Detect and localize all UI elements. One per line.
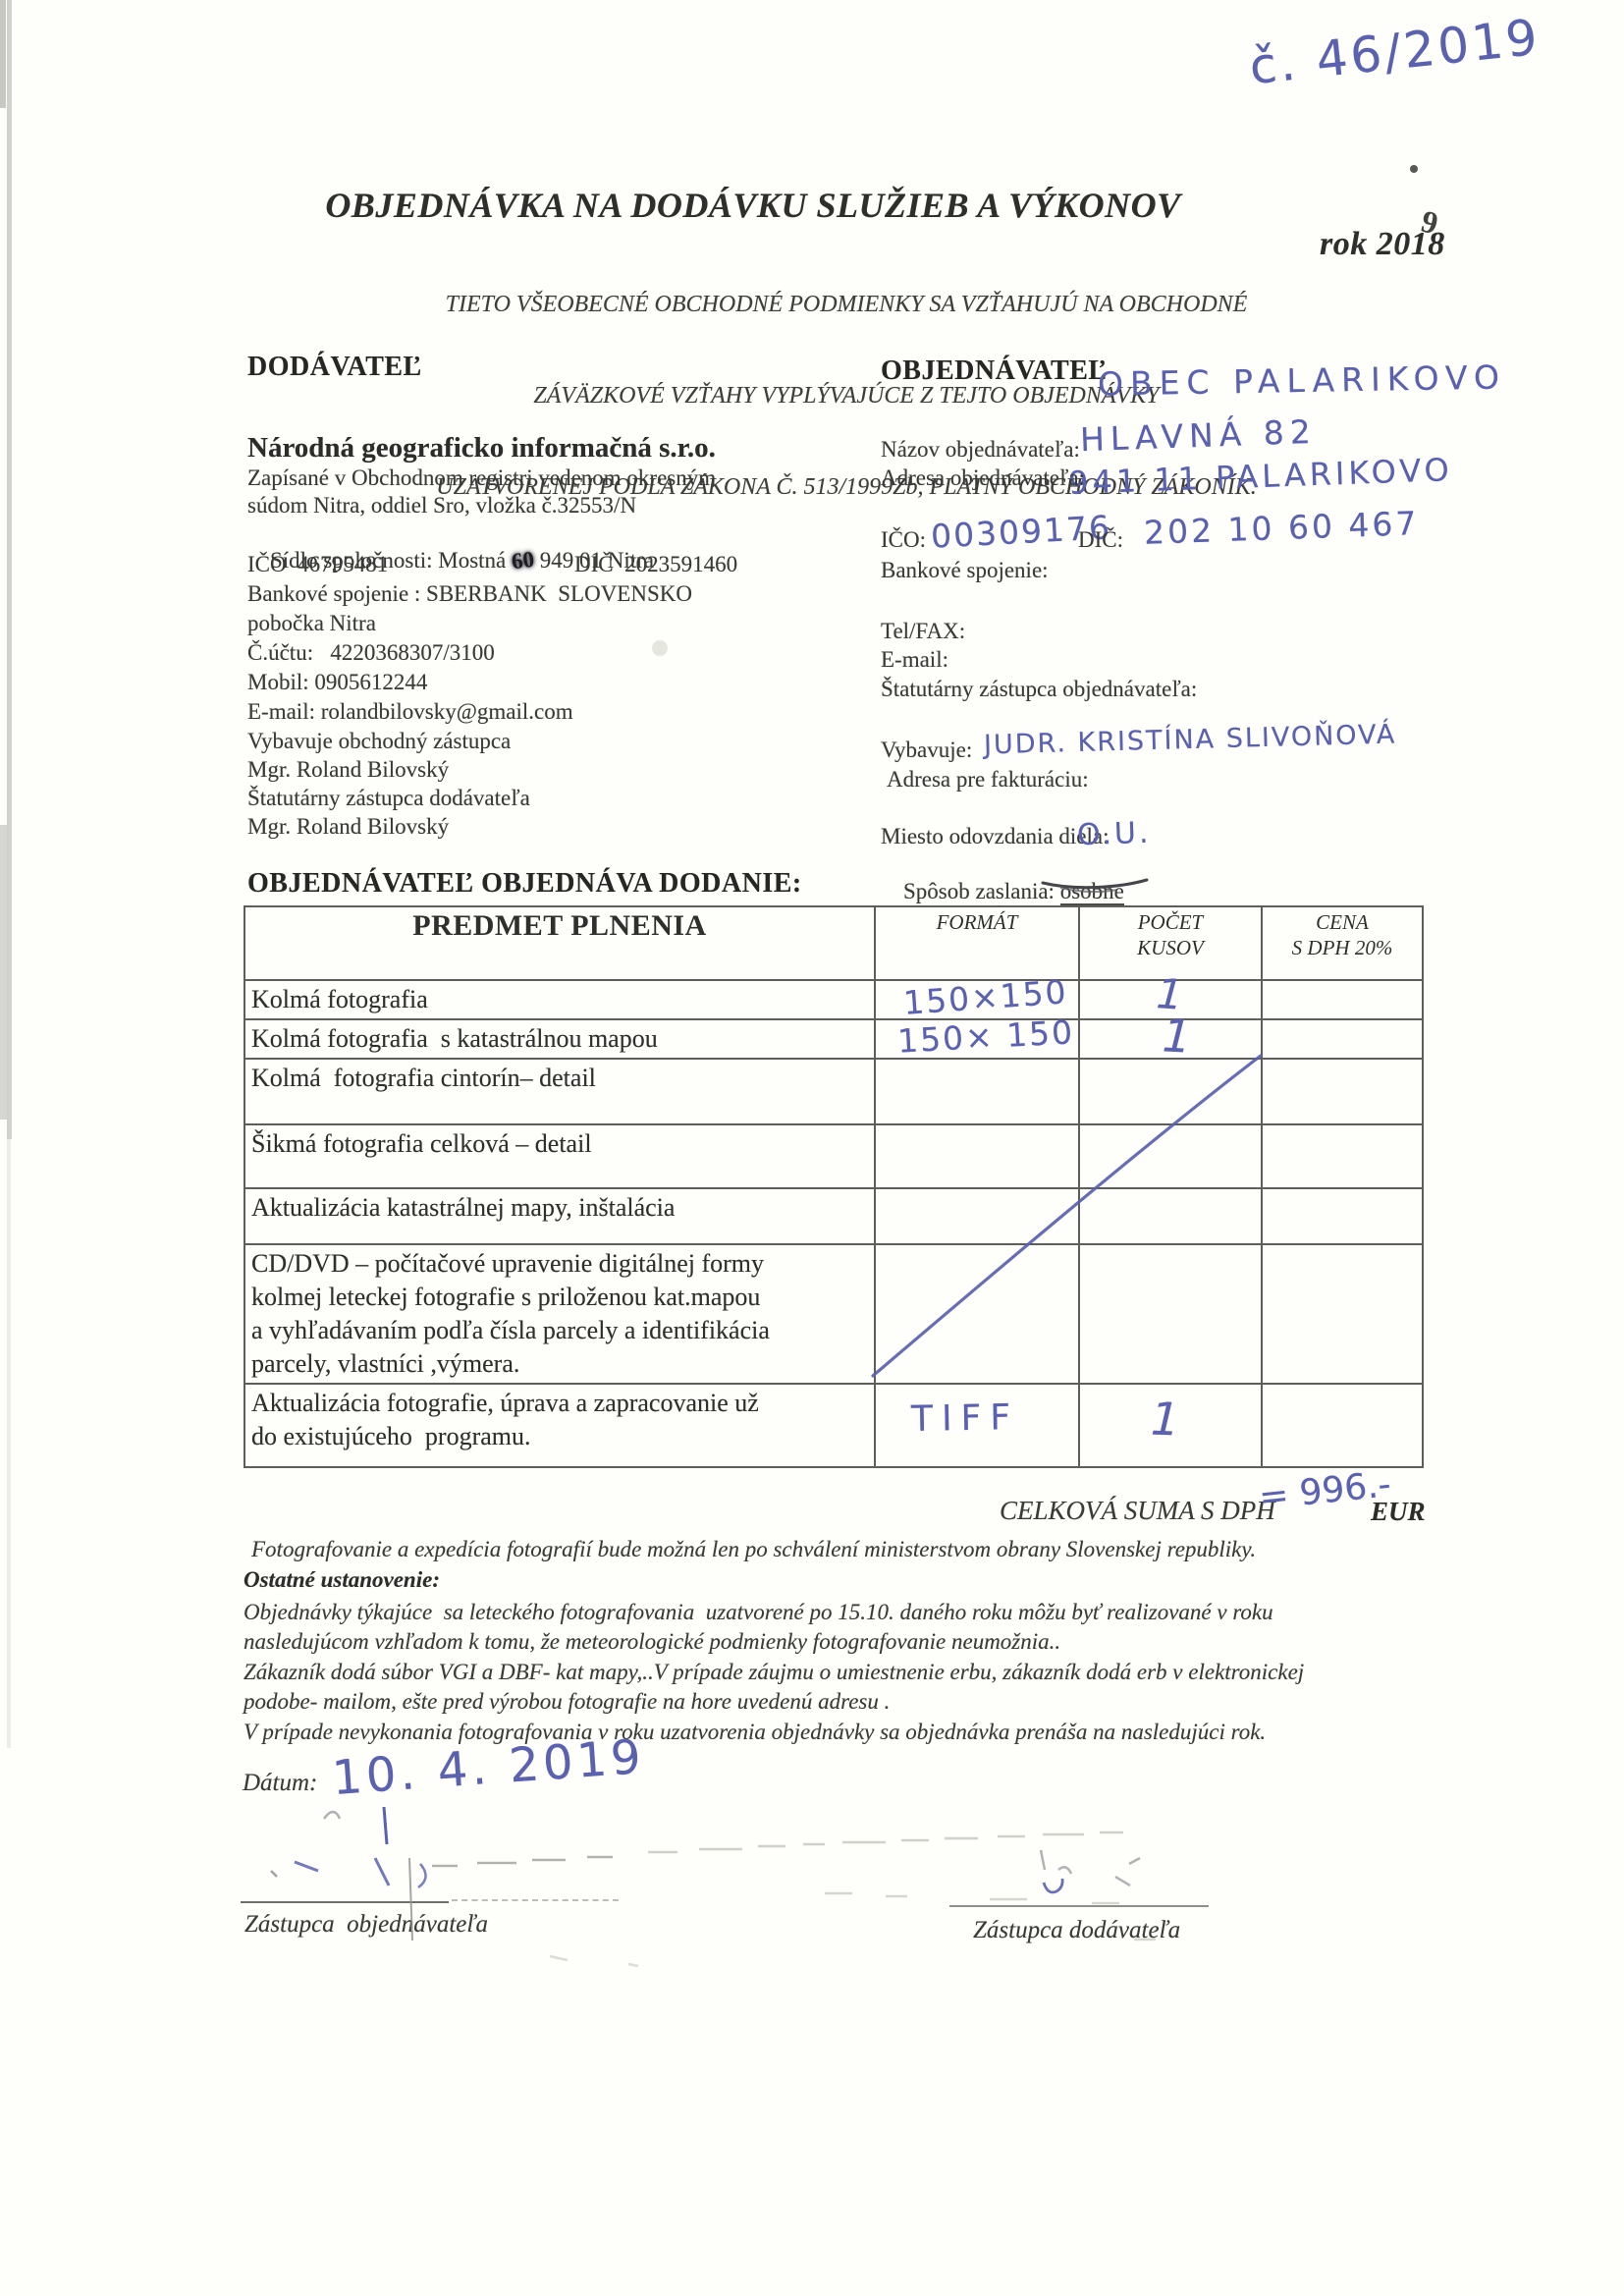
- supplier-seat-number-smudged: 60: [511, 547, 536, 575]
- table-row: Aktualizácia katastrálnej mapy, inštalác…: [244, 1188, 1423, 1244]
- signature-scribble: [271, 1871, 277, 1877]
- col-header-count-line1: POČET: [1086, 909, 1255, 935]
- row-price-cell: [1262, 980, 1423, 1019]
- signature-scribble-blue: [418, 1864, 426, 1887]
- table-row: Kolmá fotografia s katastrálnou mapou: [244, 1019, 1423, 1059]
- row-count-cell: [1079, 1188, 1262, 1244]
- row-subject: CD/DVD – počítačové upravenie digitálnej…: [244, 1244, 875, 1384]
- supplier-branch: pobočka Nitra: [247, 611, 376, 636]
- signature-scribble: [324, 1812, 340, 1819]
- total-currency: EUR: [1371, 1497, 1426, 1527]
- customer-heading: OBJEDNÁVATEĽ: [881, 355, 1108, 387]
- customer-delivery-place-handwriting: O.U.: [1076, 816, 1152, 853]
- col-header-price-line2: S DPH 20%: [1269, 935, 1416, 960]
- count-handwriting-row7: 1: [1150, 1393, 1180, 1447]
- supplier-heading: DODÁVATEĽ: [247, 352, 422, 383]
- terms-line-approval: Fotografovanie a expedícia fotografií bu…: [251, 1537, 1256, 1562]
- supplier-registry-2: súdom Nitra, oddiel Sro, vložka č.32553/…: [247, 493, 636, 519]
- subtitle-line: TIETO VŠEOBECNÉ OBCHODNÉ PODMIENKY SA VZ…: [34, 290, 1624, 320]
- terms-line: Objednávky týkajúce sa leteckého fotogra…: [244, 1600, 1273, 1625]
- table-row: CD/DVD – počítačové upravenie digitálnej…: [244, 1244, 1423, 1384]
- table-row: Šikmá fotografia celková – detail: [244, 1124, 1423, 1188]
- scan-edge-artifact: [7, 0, 12, 1139]
- customer-name-label: Názov objednávateľa:: [881, 437, 1080, 463]
- col-header-subject: PREDMET PLNENIA: [244, 906, 875, 980]
- row-count-cell: [1079, 1059, 1262, 1124]
- signature-line-supplier: [949, 1905, 1209, 1907]
- supplier-registry-1: Zapísané v Obchodnom registri vedenom ok…: [247, 465, 716, 491]
- row-format-cell: [875, 1188, 1079, 1244]
- col-header-price-line1: CENA: [1269, 909, 1416, 935]
- customer-delivery-place-label: Miesto odovzdania diela:: [881, 824, 1110, 849]
- terms-line: nasledujúcom vzhľadom k tomu, že meteoro…: [244, 1629, 1060, 1655]
- count-handwriting-row2: 1: [1162, 1009, 1193, 1063]
- supplier-dic: DIČ 2023591460: [574, 552, 737, 577]
- customer-handler-handwriting: JUDR. KRISTÍNA SLIVOŇOVÁ: [984, 720, 1397, 761]
- col-header-count: POČET KUSOV: [1079, 906, 1262, 980]
- terms-line: Zákazník dodá súbor VGI a DBF- kat mapy,…: [244, 1660, 1304, 1685]
- row-subject: Kolmá fotografia: [244, 980, 875, 1019]
- supplier-email: E-mail: rolandbilovsky@gmail.com: [247, 699, 573, 725]
- signature-scribble-blue: [375, 1858, 389, 1886]
- scan-edge-artifact: [7, 1139, 11, 1748]
- scan-dot-artifact: [652, 640, 668, 656]
- col-header-format: FORMÁT: [875, 906, 1079, 980]
- signature-line-customer: [241, 1901, 449, 1903]
- customer-address-label: Adresa objednávateľa:: [881, 465, 1085, 491]
- scan-edge-artifact: [0, 0, 6, 108]
- supplier-account: Č.účtu: 4220368307/3100: [247, 640, 495, 666]
- signature-line-customer-ext: [452, 1899, 619, 1901]
- customer-delivery-method-label: Spôsob zaslania:: [903, 879, 1060, 903]
- supplier-statutory-name: Mgr. Roland Bilovský: [247, 814, 449, 840]
- customer-delivery-method-value: osobne: [1060, 879, 1124, 905]
- total-label: CELKOVÁ SUMA S DPH: [1000, 1496, 1275, 1526]
- customer-email-label: E-mail:: [881, 647, 948, 673]
- row-price-cell: [1262, 1019, 1423, 1059]
- terms-other-heading: Ostatné ustanovenie:: [244, 1567, 440, 1593]
- table-header-row: PREDMET PLNENIA FORMÁT POČET KUSOV CENA …: [244, 906, 1423, 980]
- terms-line: podobe- mailom, ešte pred výrobou fotogr…: [244, 1689, 890, 1715]
- supplier-statutory-label: Štatutárny zástupca dodávateľa: [247, 786, 530, 811]
- row-subject: Kolmá fotografia cintorín– detail: [244, 1059, 875, 1124]
- customer-name-handwriting: OBEC PALARIKOVO: [1098, 357, 1507, 403]
- ghost-text-marks: [550, 1956, 638, 1966]
- customer-dic-label: DIČ:: [1078, 527, 1123, 553]
- date-label: Dátum:: [243, 1770, 317, 1797]
- col-header-count-line2: KUSOV: [1086, 935, 1255, 960]
- row-price-cell: [1262, 1384, 1423, 1467]
- row-price-cell: [1262, 1188, 1423, 1244]
- signature-scribble-blue: [384, 1807, 387, 1844]
- customer-telfax-label: Tel/FAX:: [881, 619, 965, 644]
- supplier-ico: IČO 46795481: [247, 552, 388, 577]
- signature-scribble-blue: [295, 1862, 318, 1871]
- signature-scribble: [1041, 1850, 1045, 1870]
- table-row: Aktualizácia fotografie, úprava a zaprac…: [244, 1384, 1423, 1467]
- row-format-cell: [875, 1124, 1079, 1188]
- signature-scribble: [1115, 1858, 1140, 1886]
- supplier-bank: Bankové spojenie : SBERBANK SLOVENSKO: [247, 581, 692, 607]
- order-items-table: PREDMET PLNENIA FORMÁT POČET KUSOV CENA …: [244, 905, 1424, 1468]
- customer-invoice-address-label: Adresa pre fakturáciu:: [887, 767, 1089, 793]
- signature-scribble: [1058, 1867, 1071, 1874]
- scan-dot-artifact: [1410, 165, 1418, 173]
- row-price-cell: [1262, 1124, 1423, 1188]
- customer-handles-label: Vybavuje:: [881, 738, 972, 763]
- customer-statutory-label: Štatutárny zástupca objednávateľa:: [881, 677, 1197, 702]
- customer-bank-label: Bankové spojenie:: [881, 558, 1049, 583]
- row-format-cell: [875, 1244, 1079, 1384]
- signature-label-customer: Zástupca objednávateľa: [244, 1911, 488, 1939]
- row-subject: Kolmá fotografia s katastrálnou mapou: [244, 1019, 875, 1059]
- row-price-cell: [1262, 1059, 1423, 1124]
- customer-ico-label: IČO:: [881, 527, 926, 553]
- format-handwriting-row7: TIFF: [911, 1397, 1020, 1440]
- order-heading: OBJEDNÁVATEĽ OBJEDNÁVA DODANIE:: [247, 868, 802, 900]
- row-format-cell: [875, 1059, 1079, 1124]
- row-subject: Aktualizácia fotografie, úprava a zaprac…: [244, 1384, 875, 1467]
- row-count-cell: [1079, 1124, 1262, 1188]
- row-subject: Šikmá fotografia celková – detail: [244, 1124, 875, 1188]
- row-subject: Aktualizácia katastrálnej mapy, inštalác…: [244, 1188, 875, 1244]
- signature-label-supplier: Zástupca dodávateľa: [973, 1917, 1180, 1944]
- col-header-price: CENA S DPH 20%: [1262, 906, 1423, 980]
- supplier-mobile: Mobil: 0905612244: [247, 670, 427, 695]
- table-row: Kolmá fotografia cintorín– detail: [244, 1059, 1423, 1124]
- row-price-cell: [1262, 1244, 1423, 1384]
- scanned-order-document: č. 46/2019 OBJEDNÁVKA NA DODÁVKU SLUŽIEB…: [0, 0, 1624, 2296]
- supplier-handles-label: Vybavuje obchodný zástupca: [247, 729, 511, 754]
- case-number-handwriting: č. 46/2019: [1247, 9, 1543, 96]
- ghost-text-marks: [648, 1832, 1123, 1852]
- scan-edge-artifact: [0, 825, 7, 1120]
- row-count-cell: [1079, 1244, 1262, 1384]
- terms-line: V prípade nevykonania fotografovania v r…: [244, 1720, 1266, 1745]
- supplier-name: Národná geograficko informačná s.r.o.: [247, 432, 716, 465]
- supplier-handler-name: Mgr. Roland Bilovský: [247, 757, 449, 783]
- table-row: Kolmá fotografia: [244, 980, 1423, 1019]
- signature-scribble-blue: [1044, 1879, 1062, 1892]
